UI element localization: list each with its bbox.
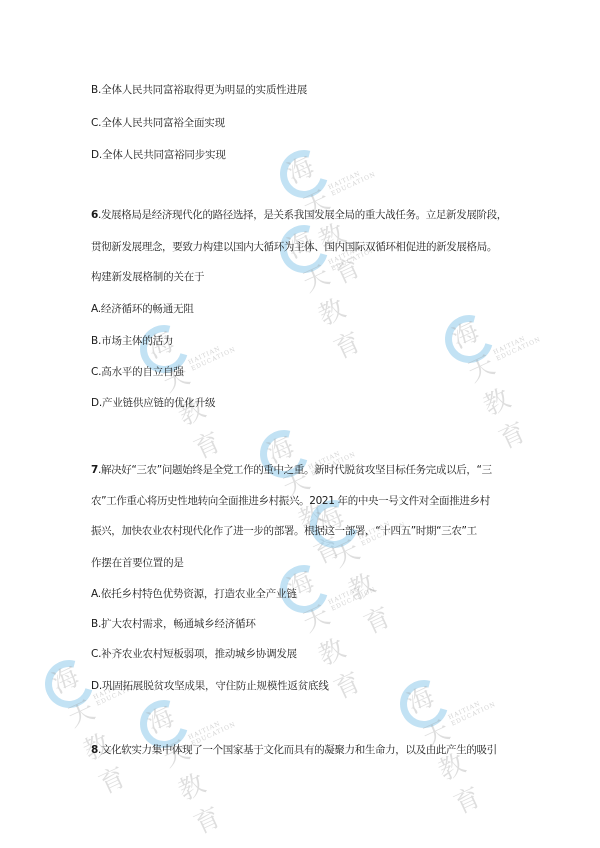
watermark-text: 海天教育 — [140, 695, 230, 842]
option-b: B.全体人民共同富裕取得更为明显的实质性进展 — [91, 82, 307, 97]
question-number: 8 — [91, 744, 98, 756]
option-a: A.依托乡村特色优势资源，打造农业全产业链 — [91, 586, 297, 601]
watermark-text: 海天教育 — [310, 495, 400, 642]
question-number: 6 — [91, 209, 98, 221]
option-a: A.经济循环的畅通无阻 — [91, 301, 194, 316]
question-7-line-2: 农”工作重心将历史性地转向全面推进乡村振兴。2021 年的中央一号文件对全面推进… — [91, 493, 490, 508]
watermark-en-text: HAITIAN EDUCATION — [187, 339, 237, 372]
question-6-line-1: 6.发展格局是经济现代化的路径选择，是关系我国发展全局的重大战任务。立足新发展阶… — [91, 207, 507, 222]
watermark-en-text: HAITIAN EDUCATION — [447, 694, 497, 727]
question-8-line-1: 8.文化软实力集中体现了一个国家基于文化而具有的凝聚力和生命力，以及由此产生的吸… — [91, 742, 497, 757]
option-c: C.补齐农业农村短板弱项，推动城乡协调发展 — [91, 646, 297, 661]
watermark-text: 海天教育 — [45, 655, 135, 802]
question-text: .发展格局是经济现代化的路径选择，是关系我国发展全局的重大战任务。立足新发展阶段… — [98, 209, 507, 221]
option-c: C.高水平的自立自强 — [91, 364, 184, 379]
question-6-line-2: 贯彻新发展理念，要致力构建以国内大循环为主体、国内国际双循环相促进的新发展格局。 — [91, 239, 497, 254]
question-6-line-3: 构建新发展格制的关在于 — [91, 269, 204, 284]
swirl-icon — [271, 141, 337, 207]
watermark-en-text: HAITIAN EDUCATION — [492, 329, 542, 362]
question-7-line-1: 7.解决好“三农”问题始终是全党工作的重中之重。新时代脱贫攻坚目标任务完成以后，… — [91, 462, 492, 477]
question-7-line-4: 作摆在首要位置的是 — [91, 555, 184, 570]
watermark-en-text: HAITIAN EDUCATION — [327, 579, 377, 612]
option-d: D.产业链供应链的优化升级 — [91, 395, 215, 410]
question-text: .文化软实力集中体现了一个国家基于文化而具有的凝聚力和生命力，以及由此产生的吸引 — [98, 744, 497, 756]
watermark-text: 海天教育 — [445, 310, 535, 457]
option-b: B.市场主体的活力 — [91, 333, 173, 348]
option-c: C.全体人民共同富裕全面实现 — [91, 115, 225, 130]
watermark-en-text: HAITIAN EDUCATION — [327, 164, 377, 197]
option-b: B.扩大农村需求，畅通城乡经济循环 — [91, 616, 256, 631]
question-number: 7 — [91, 464, 98, 476]
question-text: .解决好“三农”问题始终是全党工作的重中之重。新时代脱贫攻坚目标任务完成以后，“… — [98, 464, 492, 476]
swirl-icon — [391, 671, 457, 737]
option-d: D.全体人民共同富裕同步实现 — [91, 147, 226, 162]
option-d: D.巩固拓展脱贫攻坚成果，守住防止规模性返贫底线 — [91, 678, 329, 693]
question-7-line-3: 振兴，加快农业农村现代化作了进一步的部署。根据这一部署，“十四五”时期“三农”工 — [91, 523, 477, 538]
swirl-icon — [436, 306, 502, 372]
